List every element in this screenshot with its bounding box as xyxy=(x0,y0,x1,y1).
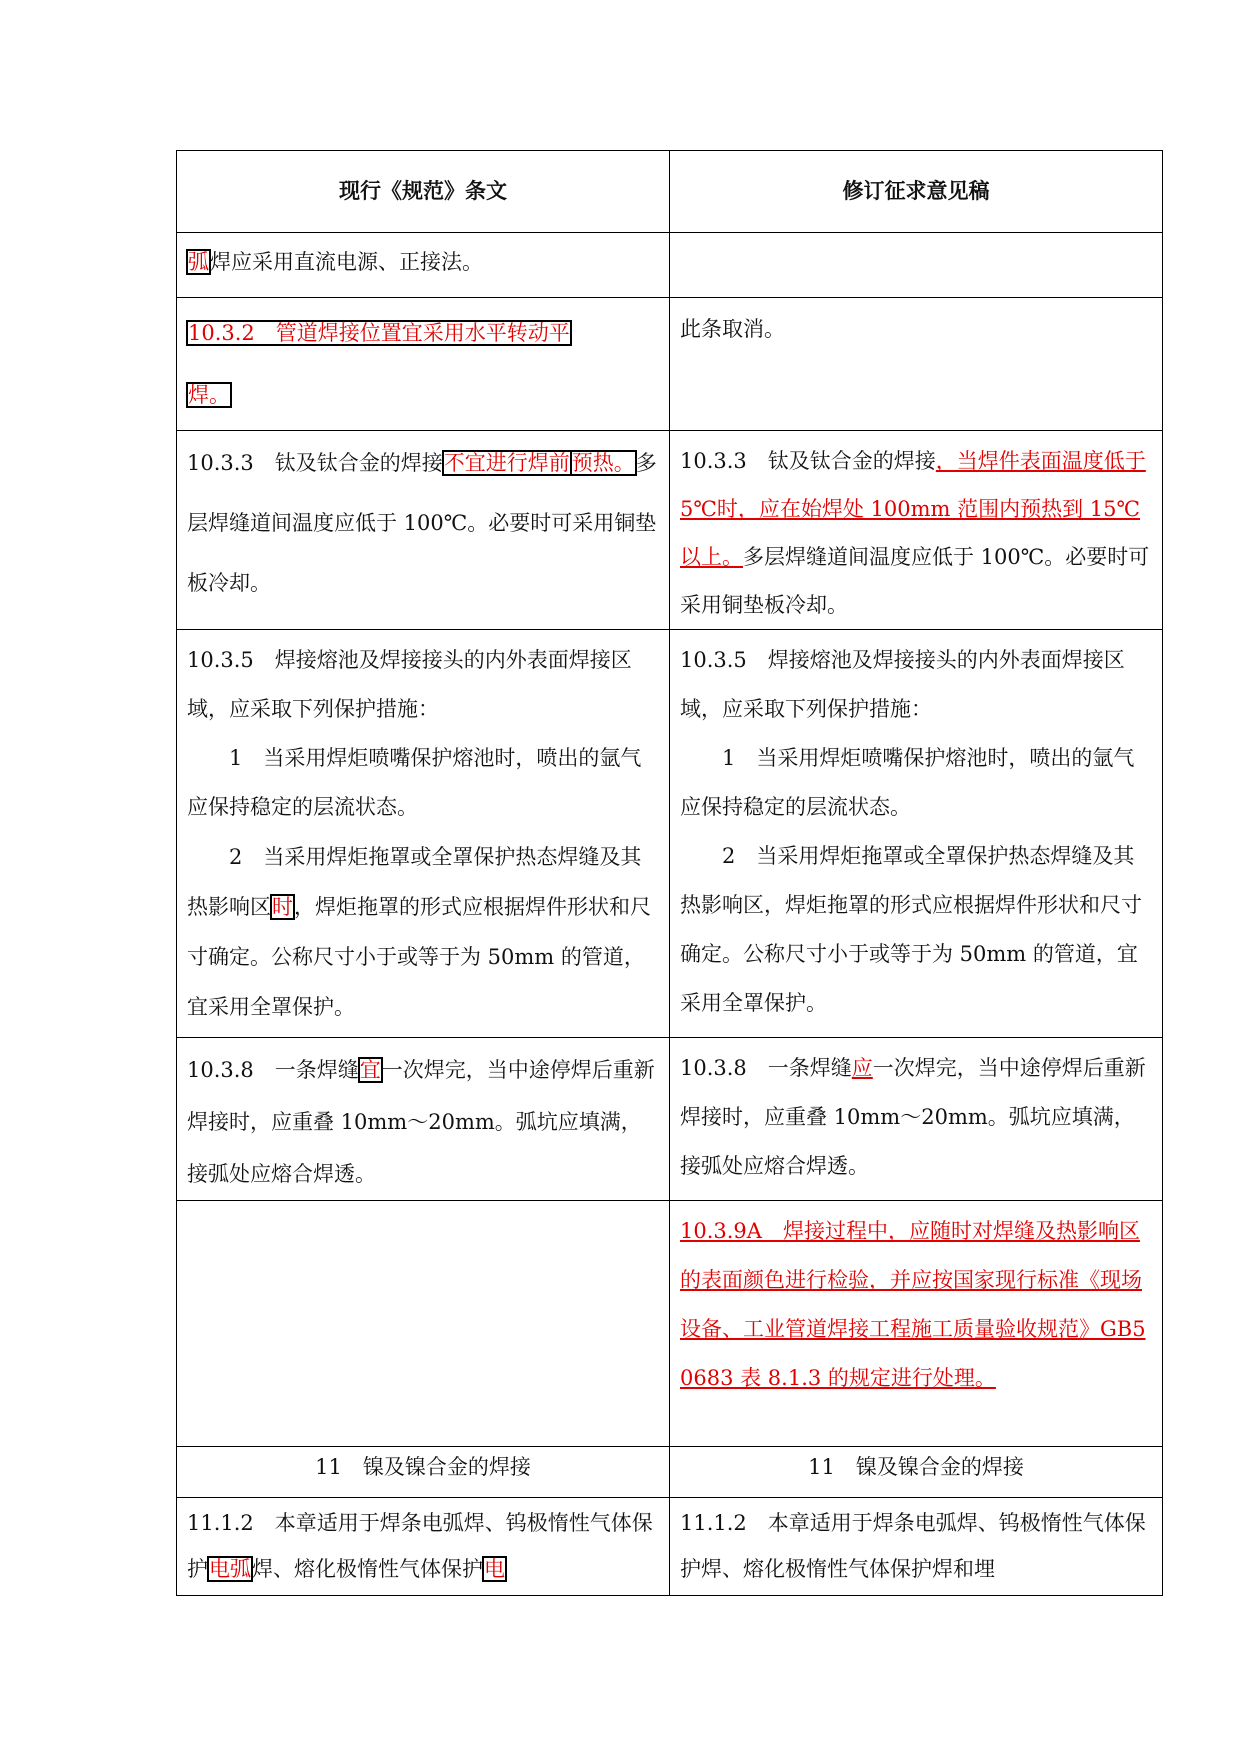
cell-current: 11 镍及镍合金的焊接 xyxy=(177,1447,670,1498)
table-row: 10.3.8 一条焊缝宜一次焊完，当中途停焊后重新焊接时，应重叠 10mm～20… xyxy=(177,1038,1163,1201)
inserted-text: 10.3.9A 焊接过程中，应随时对焊缝及热影响区的表面颜色进行检验，并应按国家… xyxy=(680,1219,1146,1390)
chapter-heading: 11 镍及镍合金的焊接 xyxy=(187,1447,659,1487)
revision-comparison-table: 现行《规范》条文 修订征求意见稿 弧焊应采用直流电源、正接法。 10.3.2 管… xyxy=(176,150,1163,1596)
clause-text: 焊应采用直流电源、正接法。 xyxy=(210,250,483,274)
cell-current: 10.3.2 管道焊接位置宜采用水平转动平 焊。 xyxy=(177,298,670,431)
deleted-text-box: 预热。 xyxy=(571,451,636,475)
cell-revised: 此条取消。 xyxy=(670,298,1163,431)
cell-current xyxy=(177,1201,670,1447)
cell-current: 10.3.8 一条焊缝宜一次焊完，当中途停焊后重新焊接时，应重叠 10mm～20… xyxy=(177,1038,670,1201)
table-row: 10.3.3 钛及钛合金的焊接不宜进行焊前预热。多层焊缝道间温度应低于 100℃… xyxy=(177,431,1163,630)
clause-text: 10.3.3 钛及钛合金的焊接 xyxy=(680,449,936,473)
header-revised-draft: 修订征求意见稿 xyxy=(670,151,1163,233)
clause-intro: 10.3.5 焊接熔池及焊接接头的内外表面焊接区域，应采取下列保护措施： xyxy=(680,636,1152,734)
deleted-text-box: 宜 xyxy=(359,1058,382,1082)
cell-current: 10.3.5 焊接熔池及焊接接头的内外表面焊接区域，应采取下列保护措施： 1 当… xyxy=(177,630,670,1038)
deleted-text-box: 时 xyxy=(271,895,294,919)
table-row: 10.3.5 焊接熔池及焊接接头的内外表面焊接区域，应采取下列保护措施： 1 当… xyxy=(177,630,1163,1038)
chapter-heading: 11 镍及镍合金的焊接 xyxy=(680,1447,1152,1487)
deleted-text-box: 电弧 xyxy=(208,1557,252,1581)
table-row: 10.3.2 管道焊接位置宜采用水平转动平 焊。 此条取消。 xyxy=(177,298,1163,431)
clause-text: 焊、熔化极惰性气体保护 xyxy=(252,1557,483,1581)
cell-revised: 10.3.8 一条焊缝应一次焊完，当中途停焊后重新焊接时，应重叠 10mm～20… xyxy=(670,1038,1163,1201)
cell-current: 11.1.2 本章适用于焊条电弧焊、钨极惰性气体保护电弧焊、熔化极惰性气体保护电 xyxy=(177,1498,670,1596)
header-current-clause: 现行《规范》条文 xyxy=(177,151,670,233)
clause-text: 10.3.8 一条焊缝 xyxy=(680,1056,852,1080)
clause-text: 10.3.8 一条焊缝 xyxy=(187,1058,359,1082)
cell-revised xyxy=(670,233,1163,298)
clause-item-2: 2 当采用焊炬拖罩或全罩保护热态焊缝及其热影响区时，焊炬拖罩的形式应根据焊件形状… xyxy=(187,832,659,1032)
deleted-text-box: 不宜进行焊前 xyxy=(443,451,571,475)
inserted-text: 应 xyxy=(852,1056,873,1080)
deleted-text-box: 弧 xyxy=(187,250,210,274)
cell-revised: 10.3.9A 焊接过程中，应随时对焊缝及热影响区的表面颜色进行检验，并应按国家… xyxy=(670,1201,1163,1447)
cell-current: 弧焊应采用直流电源、正接法。 xyxy=(177,233,670,298)
clause-item-2: 2 当采用焊炬拖罩或全罩保护热态焊缝及其热影响区，焊炬拖罩的形式应根据焊件形状和… xyxy=(680,832,1152,1028)
clause-item-1: 1 当采用焊炬喷嘴保护熔池时，喷出的氩气应保持稳定的层流状态。 xyxy=(680,734,1152,832)
deleted-text-box: 10.3.2 管道焊接位置宜采用水平转动平 xyxy=(187,321,571,345)
clause-item-1: 1 当采用焊炬喷嘴保护熔池时，喷出的氩气应保持稳定的层流状态。 xyxy=(187,734,659,832)
cell-revised: 10.3.3 钛及钛合金的焊接，当焊件表面温度低于 5℃时，应在始焊处 100m… xyxy=(670,431,1163,630)
table-row: 10.3.9A 焊接过程中，应随时对焊缝及热影响区的表面颜色进行检验，并应按国家… xyxy=(177,1201,1163,1447)
cell-revised: 11.1.2 本章适用于焊条电弧焊、钨极惰性气体保护焊、熔化极惰性气体保护焊和埋 xyxy=(670,1498,1163,1596)
clause-text: 多层焊缝道间温度应低于 100℃。必要时可采用铜垫板冷却。 xyxy=(680,545,1149,617)
cell-current: 10.3.3 钛及钛合金的焊接不宜进行焊前预热。多层焊缝道间温度应低于 100℃… xyxy=(177,431,670,630)
deleted-text-box: 焊。 xyxy=(187,383,231,407)
table-row: 11.1.2 本章适用于焊条电弧焊、钨极惰性气体保护电弧焊、熔化极惰性气体保护电… xyxy=(177,1498,1163,1596)
header-row: 现行《规范》条文 修订征求意见稿 xyxy=(177,151,1163,233)
table-row: 11 镍及镍合金的焊接 11 镍及镍合金的焊接 xyxy=(177,1447,1163,1498)
cell-revised: 11 镍及镍合金的焊接 xyxy=(670,1447,1163,1498)
clause-text: 10.3.3 钛及钛合金的焊接 xyxy=(187,451,443,475)
cell-revised: 10.3.5 焊接熔池及焊接接头的内外表面焊接区域，应采取下列保护措施： 1 当… xyxy=(670,630,1163,1038)
deleted-text-box: 电 xyxy=(483,1557,506,1581)
table-row: 弧焊应采用直流电源、正接法。 xyxy=(177,233,1163,298)
clause-intro: 10.3.5 焊接熔池及焊接接头的内外表面焊接区域，应采取下列保护措施： xyxy=(187,636,659,734)
